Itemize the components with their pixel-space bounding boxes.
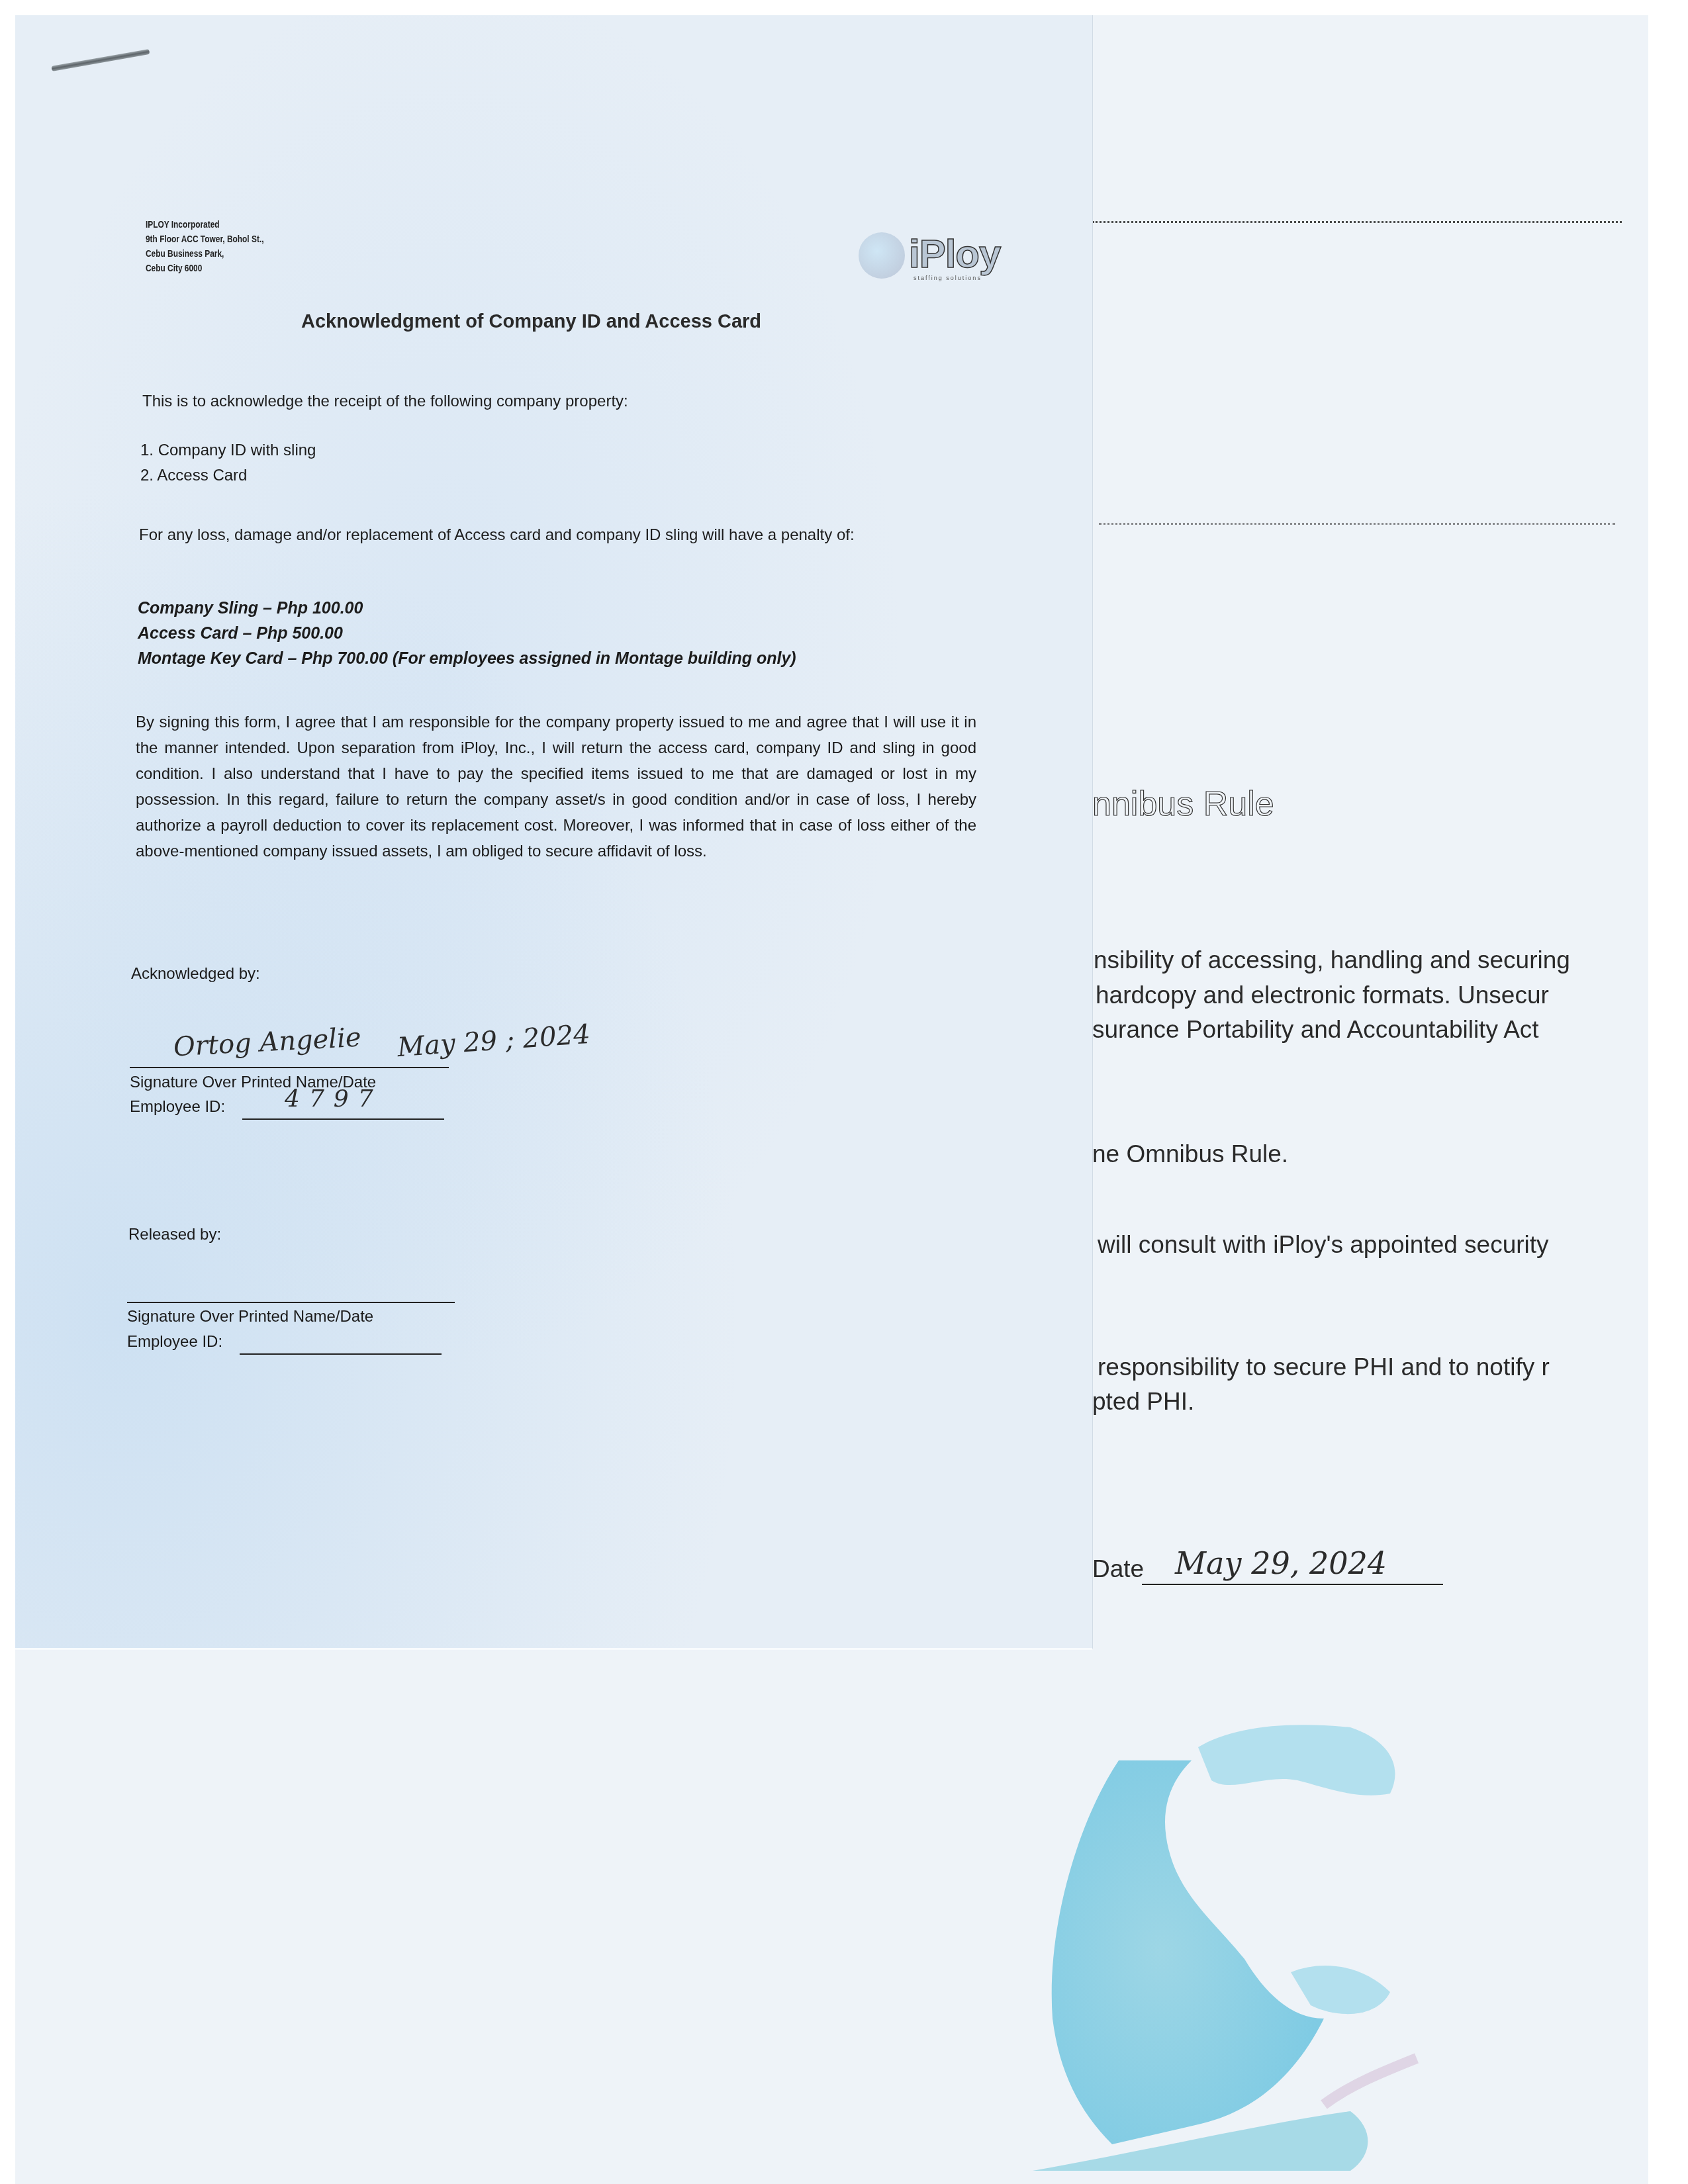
penalty-item: Montage Key Card – Php 700.00 (For emplo… bbox=[138, 646, 796, 671]
list-item: 1. Company ID with sling bbox=[140, 438, 316, 463]
signature-line[interactable] bbox=[127, 1302, 455, 1303]
penalty-intro: For any loss, damage and/or replacement … bbox=[139, 523, 973, 548]
property-list: 1. Company ID with sling 2. Access Card bbox=[140, 438, 316, 488]
employee-id-field[interactable] bbox=[242, 1118, 444, 1120]
penalty-list: Company Sling – Php 100.00 Access Card –… bbox=[138, 596, 796, 671]
penalty-item: Access Card – Php 500.00 bbox=[138, 621, 796, 646]
company-address: IPLOY Incorporated 9th Floor ACC Tower, … bbox=[146, 217, 264, 275]
back-paragraph-line: surance Portability and Accountability A… bbox=[1092, 1013, 1539, 1047]
signature-line[interactable] bbox=[130, 1067, 449, 1068]
back-paragraph-line: ne Omnibus Rule. bbox=[1092, 1137, 1288, 1171]
logo-wordmark: iPloy bbox=[909, 231, 1000, 277]
acknowledged-by-label: Acknowledged by: bbox=[131, 965, 260, 983]
back-paragraph-line: pted PHI. bbox=[1092, 1385, 1194, 1419]
ghost-text-fragment bbox=[1099, 523, 1615, 526]
date-label: Date bbox=[1092, 1555, 1144, 1583]
handwritten-date: May 29, 2024 bbox=[1175, 1545, 1387, 1581]
penalty-item: Company Sling – Php 100.00 bbox=[138, 596, 796, 621]
employee-id-field[interactable] bbox=[240, 1353, 442, 1355]
logo-tagline: staffing solutions bbox=[914, 275, 982, 281]
signature-caption: Signature Over Printed Name/Date bbox=[127, 1305, 373, 1329]
iploy-logo: iPloy staffing solutions bbox=[851, 228, 1023, 288]
back-paragraph-line: will consult with iPloy's appointed secu… bbox=[1098, 1228, 1549, 1262]
released-by-label: Released by: bbox=[128, 1226, 221, 1244]
ghost-text-fragment bbox=[1092, 221, 1622, 224]
form-title: Acknowledgment of Company ID and Access … bbox=[301, 311, 761, 333]
back-paragraph-line: nsibility of accessing, handling and sec… bbox=[1094, 943, 1570, 978]
date-signature-line bbox=[1142, 1584, 1443, 1585]
list-item: 2. Access Card bbox=[140, 463, 316, 488]
globe-illustration bbox=[980, 1648, 1509, 2177]
agreement-paragraph: By signing this form, I agree that I am … bbox=[136, 709, 976, 864]
intro-text: This is to acknowledge the receipt of th… bbox=[142, 389, 628, 414]
address-line: Cebu Business Park, bbox=[146, 246, 264, 261]
employee-id-label: Employee ID: bbox=[127, 1330, 222, 1354]
handwritten-employee-id: 4797 bbox=[285, 1085, 383, 1113]
back-paragraph-line: hardcopy and electronic formats. Unsecur bbox=[1096, 978, 1549, 1013]
omnibus-rule-title: nnibus Rule bbox=[1092, 784, 1274, 824]
address-line: Cebu City 6000 bbox=[146, 261, 264, 275]
company-name: IPLOY Incorporated bbox=[146, 217, 264, 232]
globe-logo-icon bbox=[859, 232, 905, 279]
employee-id-label: Employee ID: bbox=[130, 1095, 225, 1119]
address-line: 9th Floor ACC Tower, Bohol St., bbox=[146, 232, 264, 246]
back-paragraph-line: responsibility to secure PHI and to noti… bbox=[1098, 1350, 1550, 1385]
